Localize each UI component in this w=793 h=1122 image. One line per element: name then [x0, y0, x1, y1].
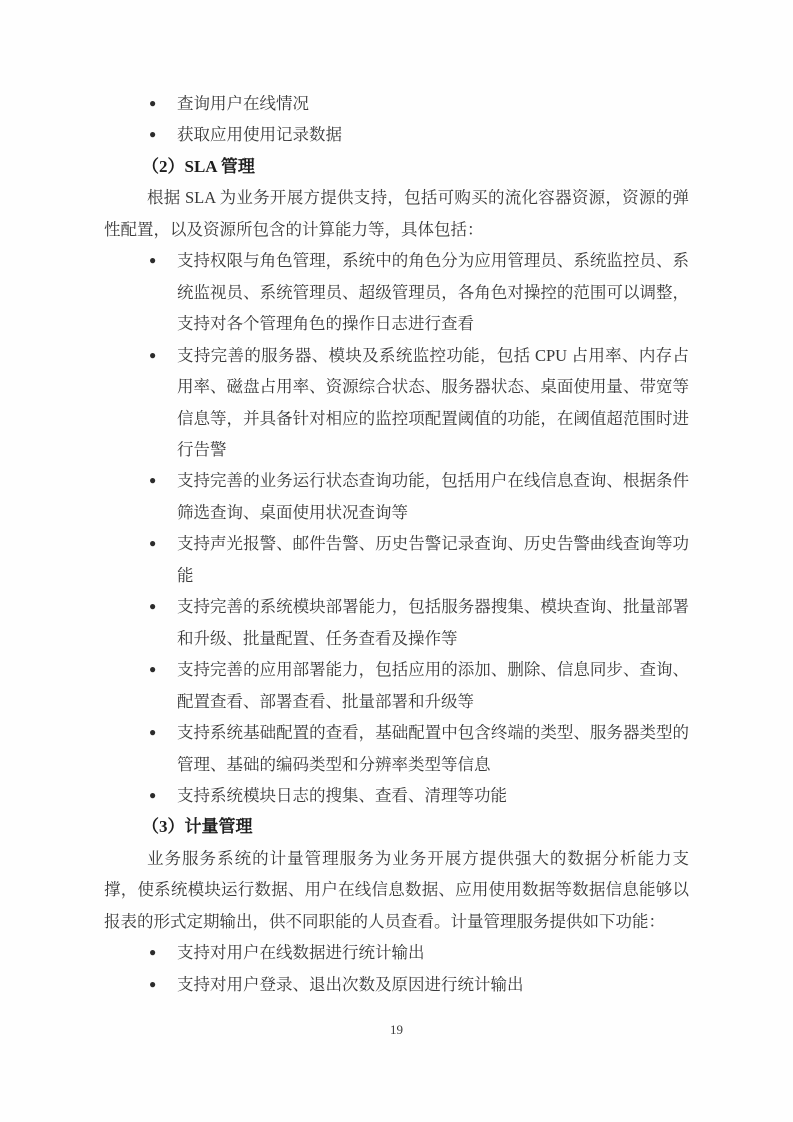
bullet-text: 支持声光报警、邮件告警、历史告警记录查询、历史告警曲线查询等功能	[177, 528, 689, 591]
bullet-text: 支持系统模块日志的搜集、查看、清理等功能	[177, 780, 689, 811]
bullet-icon: ●	[149, 969, 177, 1000]
bullet-text: 查询用户在线情况	[177, 88, 689, 119]
bullet-icon: ●	[149, 119, 177, 150]
bullet-icon: ●	[149, 717, 177, 780]
bullet-icon: ●	[149, 591, 177, 654]
bullet-text: 获取应用使用记录数据	[177, 119, 689, 150]
bullet-item: ● 支持完善的业务运行状态查询功能，包括用户在线信息查询、根据条件筛选查询、桌面…	[104, 465, 689, 528]
bullet-text: 支持权限与角色管理，系统中的角色分为应用管理员、系统监控员、系统监视员、系统管理…	[177, 245, 689, 339]
bullet-item: ● 支持完善的系统模块部署能力，包括服务器搜集、模块查询、批量部署和升级、批量配…	[104, 591, 689, 654]
bullet-icon: ●	[149, 465, 177, 528]
bullet-icon: ●	[149, 528, 177, 591]
document-page: ● 查询用户在线情况 ● 获取应用使用记录数据 （2）SLA 管理 根据 SLA…	[0, 0, 793, 1122]
document-content: ● 查询用户在线情况 ● 获取应用使用记录数据 （2）SLA 管理 根据 SLA…	[104, 88, 689, 1000]
bullet-icon: ●	[149, 780, 177, 811]
bullet-text: 支持完善的系统模块部署能力，包括服务器搜集、模块查询、批量部署和升级、批量配置、…	[177, 591, 689, 654]
bullet-icon: ●	[149, 245, 177, 339]
paragraph: 根据 SLA 为业务开展方提供支持，包括可购买的流化容器资源，资源的弹性配置，以…	[104, 182, 689, 245]
bullet-text: 支持完善的业务运行状态查询功能，包括用户在线信息查询、根据条件筛选查询、桌面使用…	[177, 465, 689, 528]
bullet-icon: ●	[149, 937, 177, 968]
bullet-item: ● 支持对用户登录、退出次数及原因进行统计输出	[104, 969, 689, 1000]
bullet-icon: ●	[149, 88, 177, 119]
bullet-item: ● 支持声光报警、邮件告警、历史告警记录查询、历史告警曲线查询等功能	[104, 528, 689, 591]
bullet-item: ● 支持权限与角色管理，系统中的角色分为应用管理员、系统监控员、系统监视员、系统…	[104, 245, 689, 339]
bullet-item: ● 支持系统基础配置的查看，基础配置中包含终端的类型、服务器类型的管理、基础的编…	[104, 717, 689, 780]
paragraph: 业务服务系统的计量管理服务为业务开展方提供强大的数据分析能力支撑，使系统模块运行…	[104, 843, 689, 937]
bullet-text: 支持对用户登录、退出次数及原因进行统计输出	[177, 969, 689, 1000]
bullet-icon: ●	[149, 654, 177, 717]
page-number: 19	[0, 1022, 793, 1038]
section-heading-sla: （2）SLA 管理	[104, 151, 689, 182]
bullet-item: ● 支持完善的应用部署能力，包括应用的添加、删除、信息同步、查询、配置查看、部署…	[104, 654, 689, 717]
bullet-item: ● 支持完善的服务器、模块及系统监控功能，包括 CPU 占用率、内存占用率、磁盘…	[104, 340, 689, 466]
section-heading-metering: （3）计量管理	[104, 811, 689, 842]
bullet-item: ● 支持系统模块日志的搜集、查看、清理等功能	[104, 780, 689, 811]
bullet-text: 支持完善的应用部署能力，包括应用的添加、删除、信息同步、查询、配置查看、部署查看…	[177, 654, 689, 717]
bullet-item: ● 支持对用户在线数据进行统计输出	[104, 937, 689, 968]
bullet-text: 支持系统基础配置的查看，基础配置中包含终端的类型、服务器类型的管理、基础的编码类…	[177, 717, 689, 780]
bullet-item: ● 获取应用使用记录数据	[104, 119, 689, 150]
bullet-text: 支持完善的服务器、模块及系统监控功能，包括 CPU 占用率、内存占用率、磁盘占用…	[177, 340, 689, 466]
bullet-text: 支持对用户在线数据进行统计输出	[177, 937, 689, 968]
bullet-icon: ●	[149, 340, 177, 466]
bullet-item: ● 查询用户在线情况	[104, 88, 689, 119]
